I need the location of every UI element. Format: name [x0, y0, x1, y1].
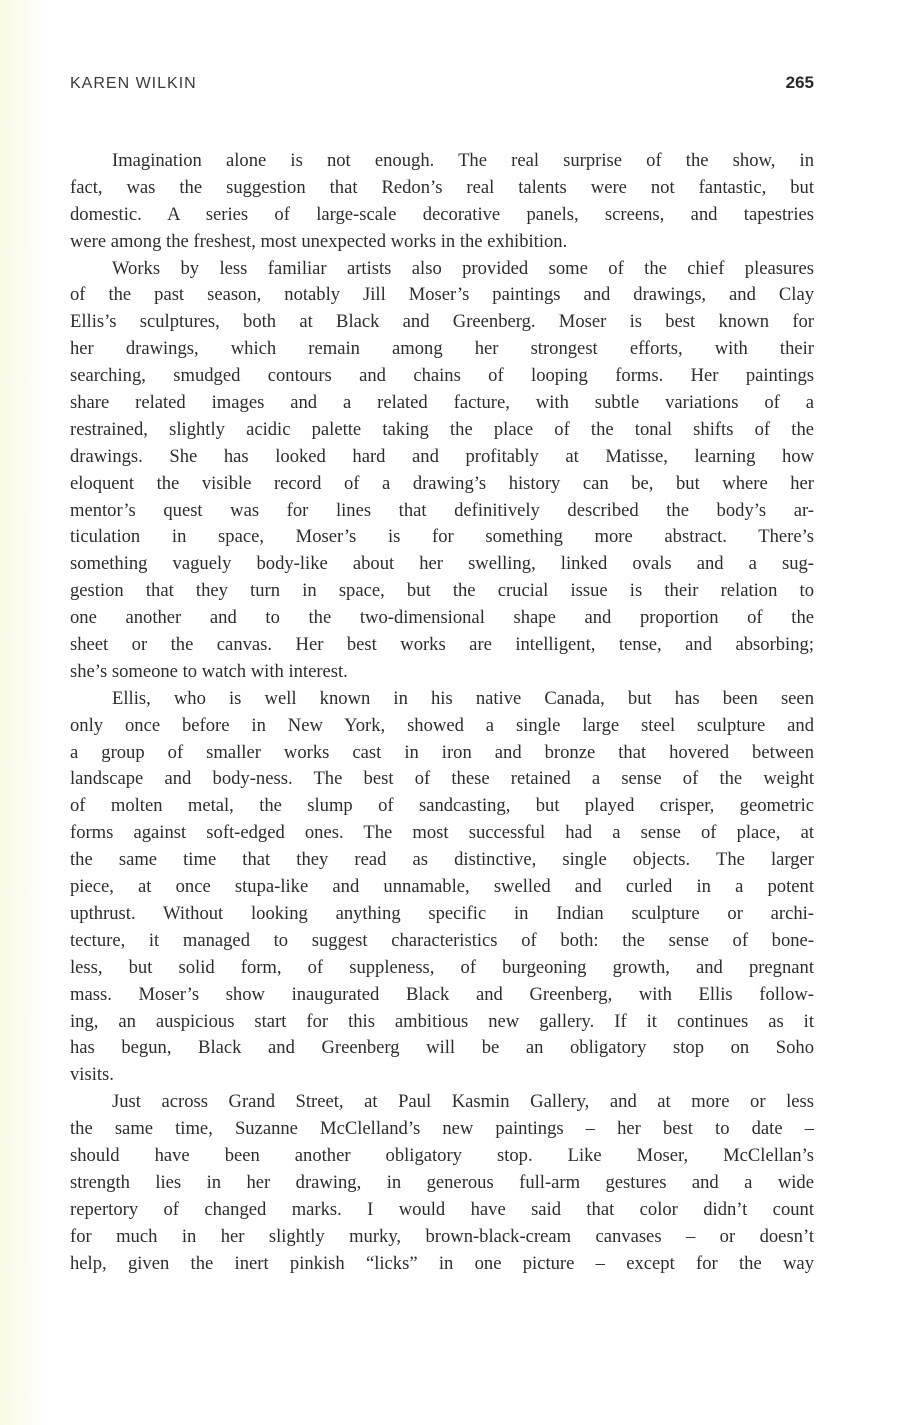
text-line: were among the freshest, most unexpected…: [70, 229, 814, 256]
text-line: she’s someone to watch with interest.: [70, 659, 814, 686]
running-header: KAREN WILKIN 265: [70, 73, 814, 93]
text-line: fact, was the suggestion that Redon’s re…: [70, 175, 814, 202]
text-line: the same time that they read as distinct…: [70, 847, 814, 874]
text-line: eloquent the visible record of a drawing…: [70, 471, 814, 498]
paragraph-first-line: Imagination alone is not enough. The rea…: [70, 148, 814, 175]
text-line: visits.: [70, 1062, 814, 1089]
paragraph-first-line: Works by less familiar artists also prov…: [70, 256, 814, 283]
running-head-author: KAREN WILKIN: [70, 75, 197, 93]
text-line: sheet or the canvas. Her best works are …: [70, 632, 814, 659]
text-line: of the past season, notably Jill Moser’s…: [70, 282, 814, 309]
paragraph-first-line: Just across Grand Street, at Paul Kasmin…: [70, 1089, 814, 1116]
body-text: Imagination alone is not enough. The rea…: [70, 148, 814, 1277]
text-line: mass. Moser’s show inaugurated Black and…: [70, 982, 814, 1009]
text-line: Ellis’s sculptures, both at Black and Gr…: [70, 309, 814, 336]
text-line: searching, smudged contours and chains o…: [70, 363, 814, 390]
text-line: the same time, Suzanne McClelland’s new …: [70, 1116, 814, 1143]
paragraph-first-line: Ellis, who is well known in his native C…: [70, 686, 814, 713]
text-line: help, given the inert pinkish “licks” in…: [70, 1251, 814, 1278]
text-line: something vaguely body-like about her sw…: [70, 551, 814, 578]
text-line: forms against soft-edged ones. The most …: [70, 820, 814, 847]
text-line: strength lies in her drawing, in generou…: [70, 1170, 814, 1197]
text-line: of molten metal, the slump of sandcastin…: [70, 793, 814, 820]
text-line: less, but solid form, of suppleness, of …: [70, 955, 814, 982]
text-line: one another and to the two-dimensional s…: [70, 605, 814, 632]
text-line: should have been another obligatory stop…: [70, 1143, 814, 1170]
text-line: has begun, Black and Greenberg will be a…: [70, 1035, 814, 1062]
text-line: piece, at once stupa-like and unnamable,…: [70, 874, 814, 901]
text-line: ticulation in space, Moser’s is for some…: [70, 524, 814, 551]
text-line: her drawings, which remain among her str…: [70, 336, 814, 363]
page-number: 265: [786, 73, 814, 93]
text-line: repertory of changed marks. I would have…: [70, 1197, 814, 1224]
text-line: only once before in New York, showed a s…: [70, 713, 814, 740]
text-line: tecture, it managed to suggest character…: [70, 928, 814, 955]
text-line: landscape and body-ness. The best of the…: [70, 766, 814, 793]
text-line: mentor’s quest was for lines that defini…: [70, 498, 814, 525]
text-line: ing, an auspicious start for this ambiti…: [70, 1009, 814, 1036]
text-line: a group of smaller works cast in iron an…: [70, 740, 814, 767]
text-line: gestion that they turn in space, but the…: [70, 578, 814, 605]
text-line: drawings. She has looked hard and profit…: [70, 444, 814, 471]
text-line: for much in her slightly murky, brown-bl…: [70, 1224, 814, 1251]
text-line: domestic. A series of large-scale decora…: [70, 202, 814, 229]
text-line: upthrust. Without looking anything speci…: [70, 901, 814, 928]
text-line: restrained, slightly acidic palette taki…: [70, 417, 814, 444]
text-line: share related images and a related factu…: [70, 390, 814, 417]
